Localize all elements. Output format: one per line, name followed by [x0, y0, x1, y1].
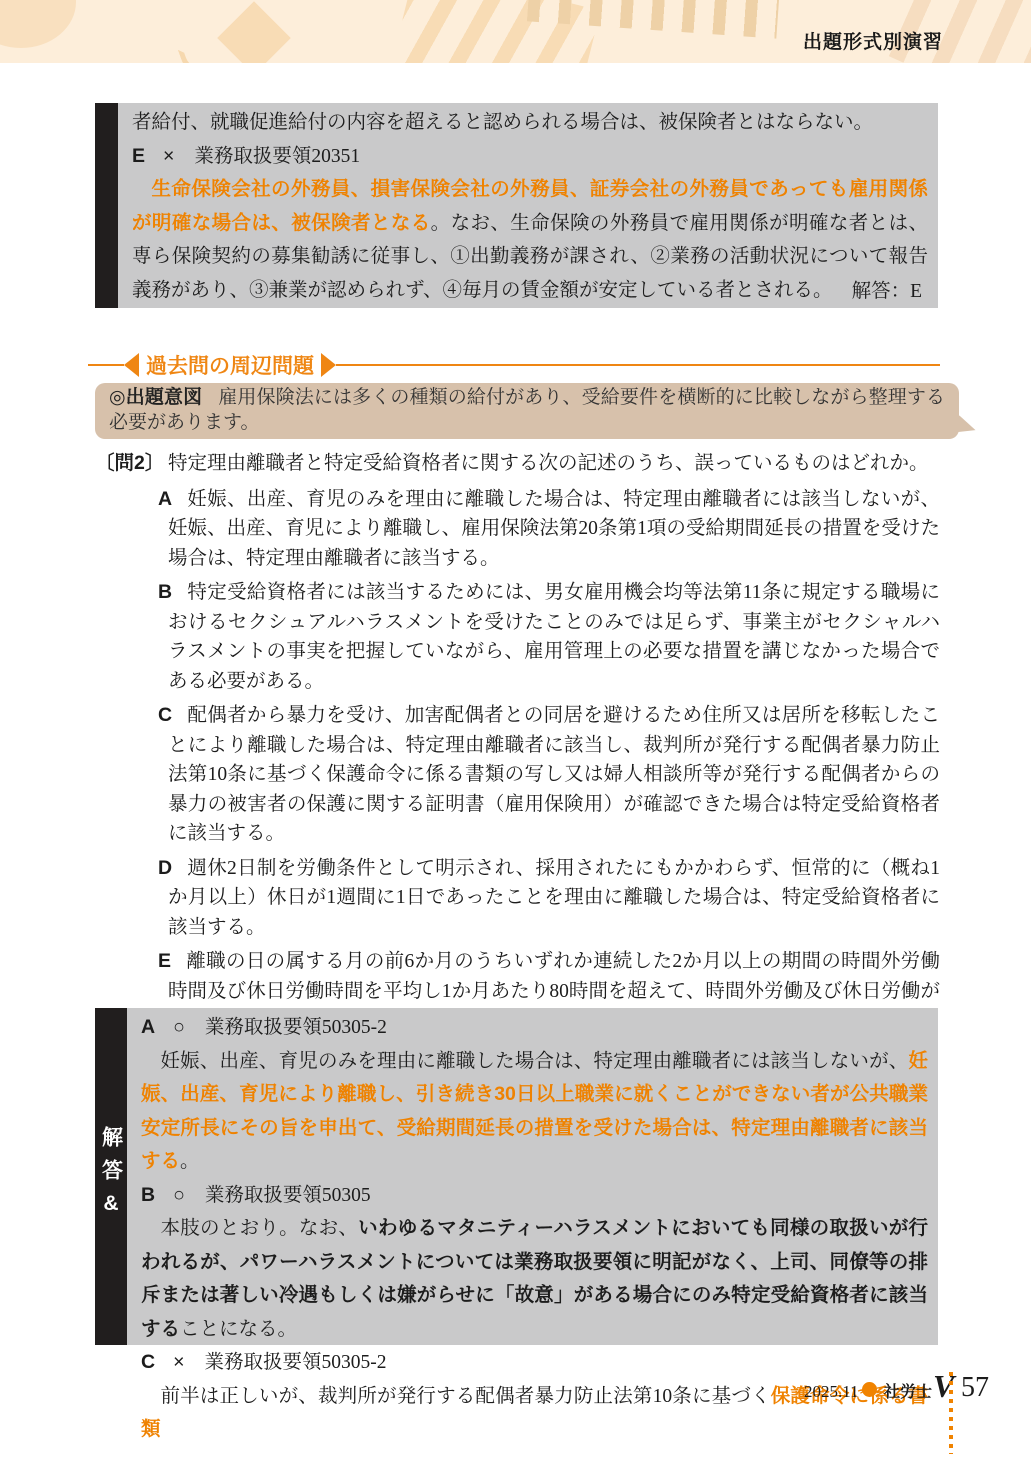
explanation-paragraph-b: 本肢のとおり。なお、いわゆるマタニティーハラスメントにおいても同様の取扱いが行わ… — [141, 1212, 928, 1346]
answer-reference-line-c: C×業務取扱要領50305-2 — [141, 1346, 928, 1380]
page-header-title: 出題形式別演習 — [803, 27, 943, 54]
answer-box-carryover: 者給付、就職促進給付の内容を超えると認められる場合は、被保険者とはならない。 E… — [95, 103, 938, 308]
cross-mark-icon: × — [163, 145, 174, 167]
banner-circle-decoration — [0, 0, 76, 48]
option-text: 妊娠、出産、育児のみを理由に離職した場合は、特定理由離職者には該当しないが、妊娠… — [168, 489, 940, 569]
explanation-text: 本肢のとおり。なお、 — [161, 1218, 359, 1239]
option-letter: B — [158, 581, 172, 603]
reference-label: 業務取扱要領20351 — [194, 146, 360, 167]
option-list: A妊娠、出産、育児のみを理由に離職した場合は、特定理由離職者には該当しないが、妊… — [168, 485, 940, 1036]
answer-box-main: 解答& A○業務取扱要領50305-2 妊娠、出産、育児のみを理由に離職した場合… — [95, 1008, 938, 1345]
answer-reference-line: E×業務取扱要領20351 — [132, 140, 928, 174]
reference-label: 業務取扱要領50305-2 — [204, 1352, 386, 1373]
header-rule-left — [88, 364, 124, 366]
option-b: B特定受給資格者には該当するためには、男女雇用機会均等法第11条に規定する職場に… — [168, 578, 940, 696]
magazine-page: 出題形式別演習 者給付、就職促進給付の内容を超えると認められる場合は、被保険者と… — [0, 0, 1031, 1457]
intent-label: ◎出題意図 — [109, 387, 202, 408]
intent-text: 雇用保険法には多くの種類の給付があり、受給要件を横断的に比較しながら整理する必要… — [109, 387, 945, 433]
answer-letter: C — [141, 1351, 155, 1373]
explanation-tail: ことになる。 — [180, 1319, 297, 1340]
option-letter: D — [158, 857, 172, 879]
cross-mark-icon: × — [173, 1351, 184, 1373]
option-c: C配偶者から暴力を受け、加害配偶者との同居を避けるため住所又は居所を移転したこと… — [168, 701, 940, 849]
answer-reference-line-b: B○業務取扱要領50305 — [141, 1179, 928, 1213]
explanation-paragraph-a: 妊娠、出産、育児のみを理由に離職した場合は、特定理由離職者には該当しないが、妊娠… — [141, 1045, 928, 1179]
answer-letter: B — [141, 1184, 155, 1206]
option-a: A妊娠、出産、育児のみを理由に離職した場合は、特定理由離職者には該当しないが、妊… — [168, 485, 940, 574]
answer-box-content: A○業務取扱要領50305-2 妊娠、出産、育児のみを理由に離職した場合は、特定… — [127, 1008, 938, 1345]
dotted-divider — [949, 1372, 953, 1454]
page-number: 57 — [961, 1372, 989, 1404]
question-stem: 〔問2〕 特定理由離職者と特定受給資格者に関する次の記述のうち、誤っているものは… — [95, 449, 940, 479]
reference-label: 業務取扱要領50305-2 — [205, 1017, 387, 1038]
brand-name: 社労士 — [884, 1379, 932, 1402]
option-text: 週休2日制を労働条件として明示され、採用されたにもかかわらず、恒常的に（概ね1か… — [168, 858, 940, 938]
banner-diamond-decoration — [217, 1, 291, 63]
explanation-paragraph: 生命保険会社の外務員、損害保険会社の外務員、証券会社の外務員であっても雇用関係が… — [132, 173, 928, 307]
option-d: D週休2日制を労働条件として明示され、採用されたにもかかわらず、恒常的に（概ね1… — [168, 854, 940, 943]
right-triangle-icon — [321, 353, 336, 377]
orange-dot-icon — [862, 1382, 877, 1397]
option-letter: A — [158, 488, 172, 510]
section-header: 過去問の周辺問題 — [88, 352, 940, 378]
question-number: 〔問2〕 — [95, 449, 168, 479]
carryover-sentence: 者給付、就職促進給付の内容を超えると認められる場合は、被保険者とはならない。 — [132, 106, 928, 140]
answer-letter: E — [132, 145, 145, 167]
option-letter: C — [158, 704, 172, 726]
answer-sidebar: 解答& — [95, 1008, 127, 1345]
answer-box-left-bar — [95, 103, 118, 308]
explanation-tail: 。 — [180, 1151, 200, 1172]
question-text: 特定理由離職者と特定受給資格者に関する次の記述のうち、誤っているものはどれか。 — [168, 449, 940, 479]
page-banner: 出題形式別演習 — [0, 0, 1031, 63]
intent-bubble: ◎出題意図雇用保険法には多くの種類の給付があり、受給要件を横断的に比較しながら整… — [95, 383, 959, 439]
left-triangle-icon — [124, 353, 139, 377]
explanation-text: 前半は正しいが、裁判所が発行する配偶者暴力防止法第10条に基づく — [161, 1386, 771, 1407]
answer-letter: A — [141, 1016, 155, 1038]
header-rule-right — [336, 364, 940, 366]
circle-mark-icon: ○ — [173, 1016, 185, 1038]
footer-date: 2025.11 — [804, 1382, 859, 1402]
answer-box-content: 者給付、就職促進給付の内容を超えると認められる場合は、被保険者とはならない。 E… — [118, 103, 938, 308]
question-block: 〔問2〕 特定理由離職者と特定受給資格者に関する次の記述のうち、誤っているものは… — [95, 449, 940, 1041]
answer-reference-line-a: A○業務取扱要領50305-2 — [141, 1011, 928, 1045]
circle-mark-icon: ○ — [173, 1184, 185, 1206]
bubble-tail-icon — [954, 415, 979, 438]
answer-result-label: 解答：E — [852, 275, 922, 303]
brand-logo: 社労士V — [884, 1368, 954, 1405]
reference-label: 業務取扱要領50305 — [205, 1185, 371, 1206]
explanation-text: 妊娠、出産、育児のみを理由に離職した場合は、特定理由離職者には該当しないが、 — [161, 1051, 909, 1072]
answer-sidebar-label: 解答& — [101, 1126, 122, 1227]
option-letter: E — [158, 950, 171, 972]
option-text: 配偶者から暴力を受け、加害配偶者との同居を避けるため住所又は居所を移転したことに… — [168, 705, 940, 844]
option-text: 特定受給資格者には該当するためには、男女雇用機会均等法第11条に規定する職場にお… — [168, 582, 940, 692]
section-title: 過去問の周辺問題 — [142, 350, 318, 380]
